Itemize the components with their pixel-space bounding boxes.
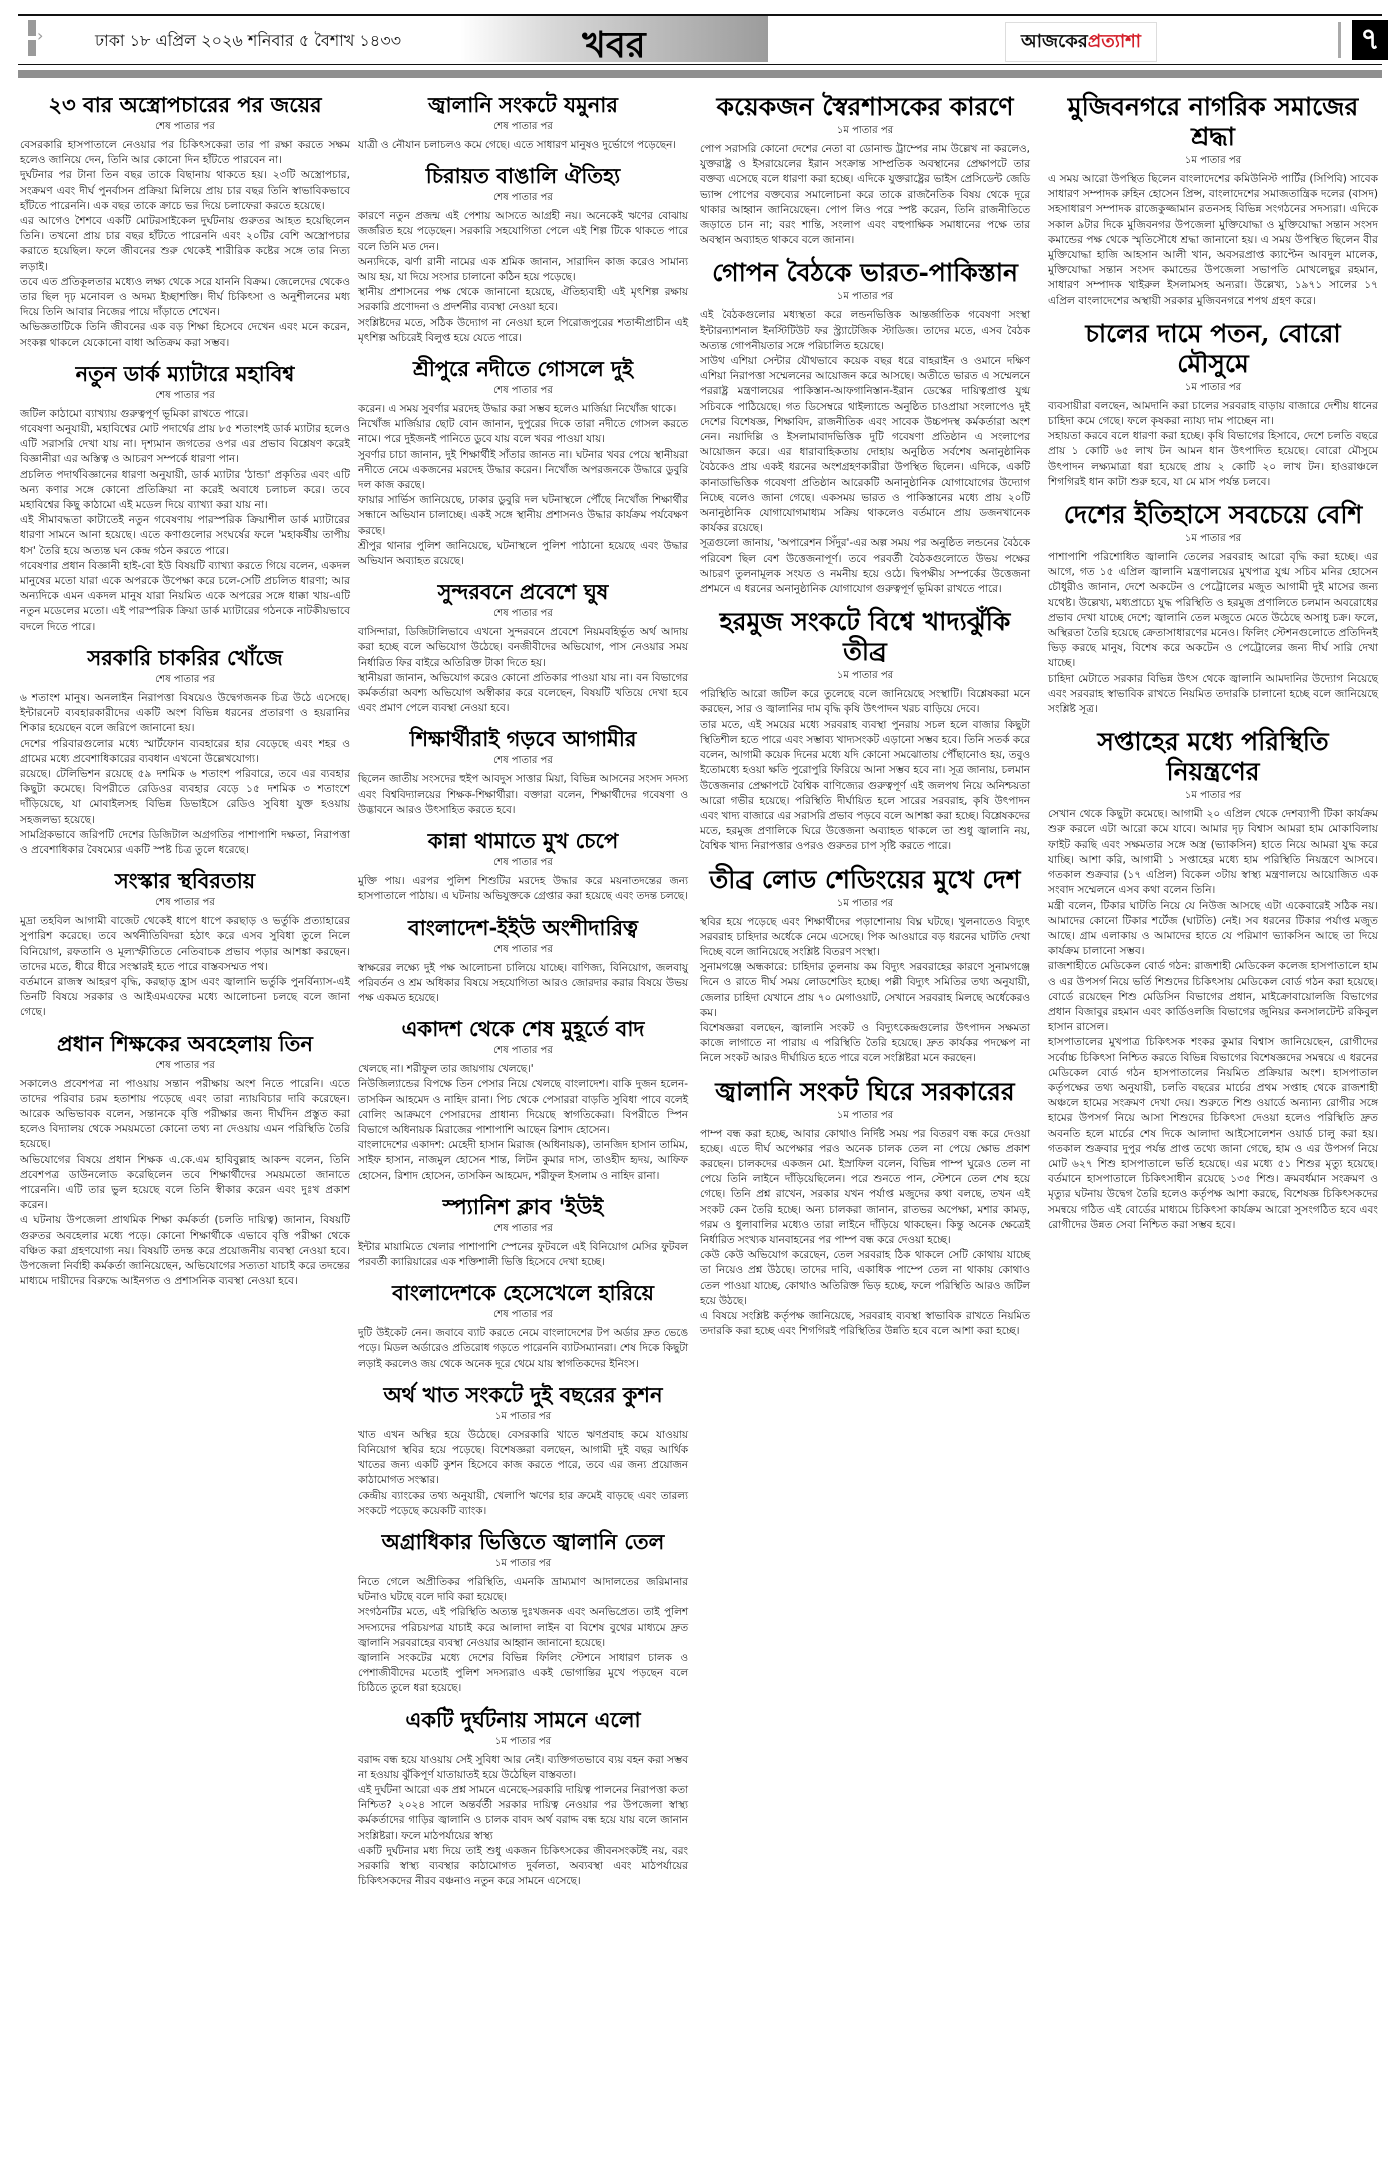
paragraph: সূত্রগুলো জানায়, 'অপারেশন সিঁদুর'-এর অল…	[700, 536, 1030, 597]
section-banner: খবর	[460, 16, 768, 62]
paragraph: শ্রীপুর থানার পুলিশ জানিয়েছে, ঘটনাস্থলে…	[358, 539, 688, 569]
paragraph: কেউ কেউ অভিযোগ করেছেন, তেল সরবরাহ ঠিক থা…	[700, 1248, 1030, 1309]
header-rule	[18, 64, 1382, 65]
paragraph: সংশ্লিষ্টদের মতে, সঠিক উদ্যোগ না নেওয়া …	[358, 316, 688, 346]
page-number: ৭	[1352, 20, 1388, 60]
article-headline: নতুন ডার্ক ম্যাটারে মহাবিশ্ব	[20, 361, 350, 387]
article-body: ব্যবসায়ীরা বলছেন, আমদানি করা চালের সরবর…	[1048, 399, 1378, 490]
paragraph: এ সময় আরো উপস্থিত ছিলেন বাংলাদেশের কমিউ…	[1048, 172, 1378, 309]
article-body: পাশাপাশি পরিশোধিত জ্বালানি তেলের সরবরাহ …	[1048, 550, 1378, 717]
continuation-note: ১ম পাতার পর	[700, 1108, 1030, 1125]
article-body: স্বাক্ষরের লক্ষ্যে দুই পক্ষ আলোচনা চালিয…	[358, 961, 688, 1007]
article-headline: জ্বালানি সংকট ঘিরে সরকারের	[700, 1077, 1030, 1107]
article-headline: দেশের ইতিহাসে সবচেয়ে বেশি	[1048, 500, 1378, 530]
article-body: স্থবির হয়ে পড়েছে এবং শিক্ষার্থীদের পড়…	[700, 915, 1030, 1067]
article: দেশের ইতিহাসে সবচেয়ে বেশি১ম পাতার পরপাশ…	[1048, 500, 1378, 717]
paragraph: একটি দুর্ঘটনার মধ্য দিয়ে তাই শুধু একজন …	[358, 1844, 688, 1890]
paragraph: এর আগেও শৈশবে একটি মোটরসাইকেল দুর্ঘটনায়…	[20, 214, 350, 275]
continuation-note: শেষ পাতার পর	[358, 606, 688, 623]
article: বাংলাদেশকে হেসেখেলে হারিয়েশেষ পাতার পরদ…	[358, 1280, 688, 1372]
continuation-note: শেষ পাতার পর	[20, 1058, 350, 1075]
paragraph: পাম্প বন্ধ করা হচ্ছে, আবার কোথাও নির্দিষ…	[700, 1127, 1030, 1249]
paragraph: কেন্দ্রীয় ব্যাংকের তথ্য অনুযায়ী, খেলাপ…	[358, 1489, 688, 1519]
article: তীব্র লোড শেডিংয়ের মুখে দেশ১ম পাতার পরস…	[700, 865, 1030, 1067]
paragraph: বিশেষজ্ঞরা বলছেন, জ্বালানি সংকট ও বিদ্যু…	[700, 1021, 1030, 1067]
continuation-note: শেষ পাতার পর	[20, 895, 350, 912]
paragraph: গবেষণার প্রধান বিজ্ঞানী হাই-বো ইউ বিষয়ট…	[20, 559, 350, 635]
paragraph: দুর্ঘটনার পর টানা তিন বছর তাকে বিছানায় …	[20, 168, 350, 214]
date-marker: ›	[28, 20, 42, 58]
article-body: যাত্রী ও নৌযান চলাচলও কমে গেছে। এতে সাধা…	[358, 138, 688, 153]
paragraph: তবে এত প্রতিকূলতার মধ্যেও লক্ষ্য থেকে সর…	[20, 275, 350, 321]
paragraph: করেন। এ সময় সুবর্ণার মরদেহ উদ্ধার করা স…	[358, 402, 688, 417]
article-headline: একটি দুর্ঘটনায় সামনে এলো	[358, 1707, 688, 1733]
continuation-note: ১ম পাতার পর	[700, 289, 1030, 306]
paragraph: সহায়তা করবে বলে ধারণা করা হচ্ছে। কৃষি ব…	[1048, 429, 1378, 490]
article: বাংলাদেশ-ইইউ অংশীদারিত্বশেষ পাতার পরস্বা…	[358, 915, 688, 1007]
header-band	[18, 70, 1382, 78]
paragraph: বাসিন্দারা, ডিজিটালিভাবে এখনো সুন্দরবনে …	[358, 625, 688, 671]
paragraph: গবেষণা অনুযায়ী, মহাবিশ্বের মোট পদার্থের…	[20, 422, 350, 468]
divider	[1338, 22, 1341, 58]
article-body: সেখান থেকে কিছুটা কমেছে। আগামী ২০ এপ্রিল…	[1048, 807, 1378, 1233]
continuation-note: শেষ পাতার পর	[20, 388, 350, 405]
paragraph: ৬ শতাংশ মানুষ। অনলাইন নিরাপত্তা বিষয়েও …	[20, 691, 350, 737]
article-headline: কান্না থামাতে মুখ চেপে	[358, 828, 688, 854]
paragraph: পরিস্থিতি আরো জটিল করে তুলেছে বলে জানিয়…	[700, 687, 1030, 717]
masthead: › ঢাকা ১৮ এপ্রিল ২০২৬ শনিবার ৫ বৈশাখ ১৪৩…	[0, 0, 1400, 62]
marker-bar	[28, 20, 36, 36]
article-headline: কয়েকজন স্বৈরশাসকের কারণে	[700, 92, 1030, 122]
article-body: করেন। এ সময় সুবর্ণার মরদেহ উদ্ধার করা স…	[358, 402, 688, 569]
paragraph: স্থবির হয়ে পড়েছে এবং শিক্ষার্থীদের পড়…	[700, 915, 1030, 961]
paragraph: ছিলেন জাতীয় সংসদের হুইপ আবদুস সাত্তার ম…	[358, 772, 688, 818]
paragraph: প্রচলিত পদার্থবিজ্ঞানের ধারণা অনুযায়ী, …	[20, 468, 350, 514]
article-body: ছিলেন জাতীয় সংসদের হুইপ আবদুস সাত্তার ম…	[358, 772, 688, 818]
article-headline: স্প্যানিশ ক্লাব 'ইউই	[358, 1194, 688, 1220]
paragraph: সংগঠনটির মতে, এই পরিস্থিতি অত্যন্ত দুঃখজ…	[358, 1605, 688, 1651]
article-body: এই বৈঠকগুলোর মধ্যস্থতা করে লন্ডনভিত্তিক …	[700, 308, 1030, 597]
article: অর্থ খাত সংকটে দুই বছরের কুশন১ম পাতার পর…	[358, 1382, 688, 1519]
article-body: বেসরকারি হাসপাতালে নেওয়ার পর চিকিৎসকেরা…	[20, 138, 350, 351]
paragraph: দুটি উইকেট নেন। জবাবে ব্যাট করতে নেমে বা…	[358, 1326, 688, 1372]
continuation-note: ১ম পাতার পর	[700, 668, 1030, 685]
article-headline: বাংলাদেশকে হেসেখেলে হারিয়ে	[358, 1280, 688, 1306]
article-headline: সরকারি চাকরির খোঁজে	[20, 645, 350, 671]
article: কান্না থামাতে মুখ চেপেশেষ পাতার পরমুক্তি…	[358, 828, 688, 904]
paragraph: বর্তমানে রাজস্ব আহরণ বৃদ্ধি, করছাড় হ্রা…	[20, 975, 350, 1021]
continuation-note: ১ম পাতার পর	[358, 1734, 688, 1751]
article: ২৩ বার অস্ত্রোপচারের পর জয়েরশেষ পাতার প…	[20, 92, 350, 351]
article-headline: শিক্ষার্থীরাই গড়বে আগামীর	[358, 726, 688, 752]
paragraph: স্থানীয়রা জানান, অভিযোগ করেও কোনো প্রতি…	[358, 671, 688, 717]
article: চিরায়ত বাঙালি ঐতিহ্যশেষ পাতার পরকারণে ন…	[358, 163, 688, 346]
paragraph: এই দুর্ঘটনা আরো এক প্রশ্ন সামনে এনেছে-সর…	[358, 1783, 688, 1844]
article: মুজিবনগরে নাগরিক সমাজের শ্রদ্ধা১ম পাতার …	[1048, 92, 1378, 309]
article: শিক্ষার্থীরাই গড়বে আগামীরশেষ পাতার পরছি…	[358, 726, 688, 818]
paragraph: যাত্রী ও নৌযান চলাচলও কমে গেছে। এতে সাধা…	[358, 138, 688, 153]
paragraph: নিখোঁজ মার্জিয়ার ছোট বোন জানান, দুপুরের…	[358, 417, 688, 447]
paragraph: ইন্টার মায়ামিতে খেলার পাশাপাশি স্পেনের …	[358, 1240, 688, 1270]
paragraph: ফায়ার সার্ভিস জানিয়েছে, ঢাকার ডুবুরি দ…	[358, 493, 688, 539]
continuation-note: ১ম পাতার পর	[1048, 380, 1378, 397]
paragraph: দেশের পরিবারগুলোর মধ্যে স্মার্টফোন ব্যবহ…	[20, 737, 350, 767]
article: সুন্দরবনে প্রবেশে ঘুষশেষ পাতার পরবাসিন্দ…	[358, 579, 688, 716]
article: সরকারি চাকরির খোঁজেশেষ পাতার পর৬ শতাংশ ম…	[20, 645, 350, 858]
paragraph: হাসপাতালের মুখপাত্র চিকিৎসক শংকর কুমার ব…	[1048, 1035, 1378, 1233]
continuation-note: শেষ পাতার পর	[20, 672, 350, 689]
continuation-note: শেষ পাতার পর	[358, 1307, 688, 1324]
article-headline: হরমুজ সংকটে বিশ্বে খাদ্যঝুঁকি তীব্র	[700, 607, 1030, 667]
article: সংস্কার স্থবিরতায়শেষ পাতার পরমুদ্রা তহব…	[20, 868, 350, 1020]
article: গোপন বৈঠকে ভারত-পাকিস্তান১ম পাতার পরএই ব…	[700, 258, 1030, 597]
article: চালের দামে পতন, বোরো মৌসুমে১ম পাতার পরব্…	[1048, 319, 1378, 490]
paragraph: খাত এখন অস্থির হয়ে উঠেছে। বেসরকারি খাতে…	[358, 1428, 688, 1489]
paragraph: বেসরকারি হাসপাতালে নেওয়ার পর চিকিৎসকেরা…	[20, 138, 350, 168]
paragraph: খেলছে না। শরীফুল তার জায়গায় খেলছে।'	[358, 1062, 688, 1077]
paragraph: সকালেও প্রবেশপত্র না পাওয়ায় সন্তান পরী…	[20, 1077, 350, 1153]
article: কয়েকজন স্বৈরশাসকের কারণে১ম পাতার পরপোপ …	[700, 92, 1030, 248]
section-title: খবর	[460, 18, 768, 78]
article: সপ্তাহের মধ্যে পরিস্থিতি নিয়ন্ত্রণের১ম …	[1048, 727, 1378, 1233]
paragraph: এ বিষয়ে সংশ্লিষ্ট কর্তৃপক্ষ জানিয়েছে, …	[700, 1309, 1030, 1339]
article-body: সকালেও প্রবেশপত্র না পাওয়ায় সন্তান পরী…	[20, 1077, 350, 1290]
column-4: মুজিবনগরে নাগরিক সমাজের শ্রদ্ধা১ম পাতার …	[1048, 88, 1378, 1243]
continuation-note: ১ম পাতার পর	[1048, 788, 1378, 805]
article-body: খাত এখন অস্থির হয়ে উঠেছে। বেসরকারি খাতে…	[358, 1428, 688, 1519]
paragraph: এই বৈঠকগুলোর মধ্যস্থতা করে লন্ডনভিত্তিক …	[700, 308, 1030, 354]
paragraph: মুদ্রা তহবিল আগামী বাজেট থেকেই ধাপে ধাপে…	[20, 914, 350, 975]
paragraph: চাহিদা মেটাতে সরকার বিভিন্ন উৎস থেকে জ্ব…	[1048, 672, 1378, 718]
paragraph: সামগ্রিকভাবে জরিপটি দেশের ডিজিটাল অগ্রগত…	[20, 828, 350, 858]
article-body: বাসিন্দারা, ডিজিটালিভাবে এখনো সুন্দরবনে …	[358, 625, 688, 716]
article: নতুন ডার্ক ম্যাটারে মহাবিশ্বশেষ পাতার পর…	[20, 361, 350, 635]
article-body: পাম্প বন্ধ করা হচ্ছে, আবার কোথাও নির্দিষ…	[700, 1127, 1030, 1340]
article: প্রধান শিক্ষকের অবহেলায় তিনশেষ পাতার পর…	[20, 1031, 350, 1290]
continuation-note: শেষ পাতার পর	[358, 119, 688, 136]
paragraph: তার মতে, এই সময়ের মধ্যে সরবরাহ ব্যবস্থা…	[700, 718, 1030, 855]
column-3: কয়েকজন স্বৈরশাসকের কারণে১ম পাতার পরপোপ …	[700, 88, 1030, 1349]
article-headline: সংস্কার স্থবিরতায়	[20, 868, 350, 894]
continuation-note: ১ম পাতার পর	[358, 1409, 688, 1426]
article: জ্বালানি সংকটে যমুনারশেষ পাতার পরযাত্রী …	[358, 92, 688, 153]
continuation-note: ১ম পাতার পর	[700, 896, 1030, 913]
article-body: মুদ্রা তহবিল আগামী বাজেট থেকেই ধাপে ধাপে…	[20, 914, 350, 1020]
paragraph: নিউজিল্যান্ডের বিপক্ষে তিন পেসার নিয়ে খ…	[358, 1077, 688, 1138]
logo-text-part2: প্রত্যাশা	[1088, 27, 1141, 58]
continuation-note: ১ম পাতার পর	[358, 1556, 688, 1573]
paragraph: এ ঘটনায় উপজেলা প্রাথমিক শিক্ষা কর্মকর্ত…	[20, 1213, 350, 1289]
article-headline: একাদশ থেকে শেষ মুহূর্তে বাদ	[358, 1016, 688, 1042]
chevron-right-icon: ›	[37, 26, 43, 45]
continuation-note: ১ম পাতার পর	[700, 123, 1030, 140]
article-body: পোপ সরাসরি কোনো দেশের নেতা বা ডোনাল্ড ট্…	[700, 142, 1030, 248]
paragraph: মুক্তি পায়। এরপর পুলিশ শিশুটির মরদেহ উদ…	[358, 874, 688, 904]
article-headline: সপ্তাহের মধ্যে পরিস্থিতি নিয়ন্ত্রণের	[1048, 727, 1378, 787]
continuation-note: শেষ পাতার পর	[358, 190, 688, 207]
paragraph: বরাদ্দ বন্ধ হয়ে যাওয়ায় সেই সুবিধা আর …	[358, 1753, 688, 1783]
article: একাদশ থেকে শেষ মুহূর্তে বাদশেষ পাতার পরখ…	[358, 1016, 688, 1184]
article-body: মুক্তি পায়। এরপর পুলিশ শিশুটির মরদেহ উদ…	[358, 874, 688, 904]
paragraph: মন্ত্রী বলেন, টিকার ঘাটতি নিয়ে যে নিউজ …	[1048, 899, 1378, 960]
article-headline: জ্বালানি সংকটে যমুনার	[358, 92, 688, 118]
continuation-note: ১ম পাতার পর	[1048, 153, 1378, 170]
marker-bar	[28, 40, 36, 56]
paragraph: জটিল কাঠামো ব্যাখ্যায় গুরুত্বপূর্ণ ভূমি…	[20, 407, 350, 422]
continuation-note: শেষ পাতার পর	[358, 383, 688, 400]
article-body: ইন্টার মায়ামিতে খেলার পাশাপাশি স্পেনের …	[358, 1240, 688, 1270]
article: শ্রীপুরে নদীতে গোসলে দুইশেষ পাতার পরকরেন…	[358, 356, 688, 569]
column-1: ২৩ বার অস্ত্রোপচারের পর জয়েরশেষ পাতার প…	[20, 88, 350, 1299]
article-headline: সুন্দরবনে প্রবেশে ঘুষ	[358, 579, 688, 605]
continuation-note: শেষ পাতার পর	[358, 855, 688, 872]
paragraph: রাজশাহীতে মেডিকেল বোর্ড গঠন: রাজশাহী মেড…	[1048, 959, 1378, 1035]
continuation-note: ১ম পাতার পর	[1048, 531, 1378, 548]
continuation-note: শেষ পাতার পর	[358, 1043, 688, 1060]
logo-text-part1: আজকের	[1021, 27, 1088, 58]
article-body: ৬ শতাংশ মানুষ। অনলাইন নিরাপত্তা বিষয়েও …	[20, 691, 350, 858]
paragraph: এই সীমাবদ্ধতা কাটাতেই নতুন গবেষণায় পারস…	[20, 513, 350, 559]
continuation-note: শেষ পাতার পর	[358, 942, 688, 959]
article: স্প্যানিশ ক্লাব 'ইউইশেষ পাতার পরইন্টার ম…	[358, 1194, 688, 1270]
paragraph: সুবর্ণার চাচা জানান, দুই শিক্ষার্থীই সাঁ…	[358, 448, 688, 494]
article: জ্বালানি সংকট ঘিরে সরকারের১ম পাতার পরপাম…	[700, 1077, 1030, 1340]
column-2: জ্বালানি সংকটে যমুনারশেষ পাতার পরযাত্রী …	[358, 88, 688, 1899]
paragraph: জ্বালানি সংকটের মধ্যে দেশের বিভিন্ন ফিলি…	[358, 1651, 688, 1697]
continuation-note: শেষ পাতার পর	[358, 753, 688, 770]
paragraph: কারণে নতুন প্রজন্ম এই পেশায় আসতে আগ্রহী…	[358, 209, 688, 255]
paragraph: নিতে গেলে অপ্রীতিকর পরিস্থিতি, এমনকি ভ্র…	[358, 1575, 688, 1605]
paragraph: সেখান থেকে কিছুটা কমেছে। আগামী ২০ এপ্রিল…	[1048, 807, 1378, 898]
article-headline: ২৩ বার অস্ত্রোপচারের পর জয়ের	[20, 92, 350, 118]
article-headline: অর্থ খাত সংকটে দুই বছরের কুশন	[358, 1382, 688, 1408]
dateline: ঢাকা ১৮ এপ্রিল ২০২৬ শনিবার ৫ বৈশাখ ১৪৩৩	[95, 28, 401, 55]
article-body: দুটি উইকেট নেন। জবাবে ব্যাট করতে নেমে বা…	[358, 1326, 688, 1372]
article-body: কারণে নতুন প্রজন্ম এই পেশায় আসতে আগ্রহী…	[358, 209, 688, 346]
paragraph: স্বাক্ষরের লক্ষ্যে দুই পক্ষ আলোচনা চালিয…	[358, 961, 688, 1007]
newspaper-logo: আজকের প্রত্যাশা	[1005, 22, 1157, 62]
continuation-note: শেষ পাতার পর	[20, 119, 350, 136]
article-body: নিতে গেলে অপ্রীতিকর পরিস্থিতি, এমনকি ভ্র…	[358, 1575, 688, 1697]
paragraph: ব্যবসায়ীরা বলছেন, আমদানি করা চালের সরবর…	[1048, 399, 1378, 429]
article-headline: চালের দামে পতন, বোরো মৌসুমে	[1048, 319, 1378, 379]
paragraph: অভিজ্ঞতাটিকে তিনি জীবনের এক বড় শিক্ষা হ…	[20, 320, 350, 350]
article-body: বরাদ্দ বন্ধ হয়ে যাওয়ায় সেই সুবিধা আর …	[358, 1753, 688, 1890]
article-body: এ সময় আরো উপস্থিত ছিলেন বাংলাদেশের কমিউ…	[1048, 172, 1378, 309]
article-headline: বাংলাদেশ-ইইউ অংশীদারিত্ব	[358, 915, 688, 941]
article-headline: প্রধান শিক্ষকের অবহেলায় তিন	[20, 1031, 350, 1057]
article-body: খেলছে না। শরীফুল তার জায়গায় খেলছে।'নিউ…	[358, 1062, 688, 1184]
paragraph: অভিযোগের বিষয়ে প্রধান শিক্ষক এ.কে.এম হা…	[20, 1153, 350, 1214]
paragraph: স্থানীয় প্রশাসনের পক্ষ থেকে জানানো হয়ে…	[358, 285, 688, 315]
article-body: পরিস্থিতি আরো জটিল করে তুলেছে বলে জানিয়…	[700, 687, 1030, 854]
article-headline: মুজিবনগরে নাগরিক সমাজের শ্রদ্ধা	[1048, 92, 1378, 152]
article: হরমুজ সংকটে বিশ্বে খাদ্যঝুঁকি তীব্র১ম পা…	[700, 607, 1030, 854]
continuation-note: শেষ পাতার পর	[358, 1221, 688, 1238]
article-headline: গোপন বৈঠকে ভারত-পাকিস্তান	[700, 258, 1030, 288]
article-headline: তীব্র লোড শেডিংয়ের মুখে দেশ	[700, 865, 1030, 895]
article: অগ্রাধিকার ভিত্তিতে জ্বালানি তেল১ম পাতার…	[358, 1529, 688, 1697]
paragraph: পাশাপাশি পরিশোধিত জ্বালানি তেলের সরবরাহ …	[1048, 550, 1378, 672]
article: একটি দুর্ঘটনায় সামনে এলো১ম পাতার পরবরাদ…	[358, 1707, 688, 1890]
paragraph: রয়েছে। টেলিভিশন রয়েছে ৫৯ দশমিক ৬ শতাংশ…	[20, 767, 350, 828]
article-headline: চিরায়ত বাঙালি ঐতিহ্য	[358, 163, 688, 189]
paragraph: অন্যদিকে, ঝর্ণা রানী নামের এক শ্রমিক জান…	[358, 255, 688, 285]
paragraph: বাংলাদেশের একাদশ: মেহেদী হাসান মিরাজ (অধ…	[358, 1138, 688, 1184]
article-headline: শ্রীপুরে নদীতে গোসলে দুই	[358, 356, 688, 382]
paragraph: পোপ সরাসরি কোনো দেশের নেতা বা ডোনাল্ড ট্…	[700, 142, 1030, 248]
article-body: জটিল কাঠামো ব্যাখ্যায় গুরুত্বপূর্ণ ভূমি…	[20, 407, 350, 635]
article-headline: অগ্রাধিকার ভিত্তিতে জ্বালানি তেল	[358, 1529, 688, 1555]
paragraph: সুনামগঞ্জে অন্ধকারে: চাহিদার তুলনায় কম …	[700, 960, 1030, 1021]
paragraph: সাউথ এশিয়া সেন্টার যৌথভাবে কয়েক বছর ধর…	[700, 354, 1030, 536]
